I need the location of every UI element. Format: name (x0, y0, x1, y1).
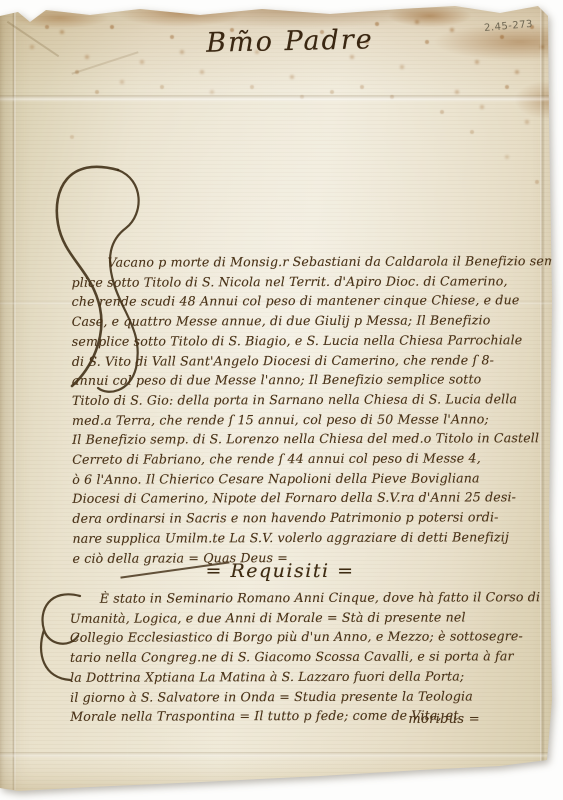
manuscript-line: Collegio Ecclesiastico di Borgo più d'un… (70, 627, 540, 648)
manuscript-line: tario nella Congreg.ne di S. Giacomo Sco… (70, 646, 540, 667)
requisiti-heading: = Requisiti = (140, 560, 420, 582)
photo-background: 2.45-273 Bm̃o Padre Vacano p morte di Mo… (0, 0, 563, 800)
manuscript-line: Titolo di S. Gio: della porta in Sarnano… (72, 389, 540, 410)
foxing-dots (0, 0, 4, 4)
fold-crease-right (540, 8, 545, 770)
crumple-line (71, 51, 138, 75)
archival-number: 2.45-273 (484, 17, 555, 34)
manuscript-line: plice sotto Titolo di S. Nicola nel Terr… (72, 271, 540, 292)
bottom-edge-tint (0, 760, 563, 800)
fold-crease-bottom (0, 752, 563, 758)
fold-crease-left (12, 8, 16, 790)
requisiti-paragraph: È stato in Seminario Romano Anni Cinque,… (70, 587, 540, 727)
manuscript-line: Umanità, Logica, e due Anni di Morale = … (70, 607, 540, 628)
manuscript-line: È stato in Seminario Romano Anni Cinque,… (70, 587, 540, 608)
salutation-heading: Bm̃o Padre (140, 23, 441, 60)
manuscript-line: Il Benefizio semp. di S. Lorenzo nella C… (72, 429, 540, 450)
manuscript-line: Case, e quattro Messe annue, di due Giul… (72, 310, 540, 331)
manuscript-line: Cerreto di Fabriano, che rende ſ 44 annu… (72, 448, 540, 469)
manuscript-paper-shadow: 2.45-273 Bm̃o Padre Vacano p morte di Mo… (0, 0, 563, 800)
manuscript-line: ò 6 l'Anno. Il Chierico Cesare Napolioni… (72, 468, 540, 489)
manuscript-line: nare supplica Umilm.te La S.V. volerlo a… (72, 527, 540, 548)
foxing-stains-top (0, 0, 563, 130)
manuscript-line: di S. Vito di Vall Sant'Angelo Diocesi d… (72, 350, 540, 371)
manuscript-line: che rende scudi 48 Annui col peso di man… (72, 291, 540, 312)
manuscript-line: Vacano p morte di Monsig.r Sebastiani da… (71, 251, 539, 272)
manuscript-line: med.a Terra, che rende ſ 15 annui, col p… (72, 409, 540, 430)
manuscript-line: dera ordinarsi in Sacris e non havendo P… (72, 507, 540, 528)
manuscript-line: la Dottrina Xptiana La Matina à S. Lazza… (70, 666, 540, 687)
manuscript-line: semplice sotto Titolo di S. Biagio, e S.… (72, 330, 540, 351)
manuscript-paper: 2.45-273 Bm̃o Padre Vacano p morte di Mo… (0, 0, 563, 800)
fold-crease-top (0, 95, 563, 102)
manuscript-line: annui col peso di due Messe l'anno; Il B… (72, 369, 540, 390)
closing-word: moribus = (320, 712, 480, 727)
manuscript-line: Diocesi di Camerino, Nipote del Fornaro … (72, 488, 540, 509)
petition-paragraph: Vacano p morte di Monsig.r Sebastiani da… (71, 251, 540, 568)
manuscript-line: il giorno à S. Salvatore in Onda = Studi… (70, 686, 540, 707)
crumple-line (7, 21, 60, 57)
